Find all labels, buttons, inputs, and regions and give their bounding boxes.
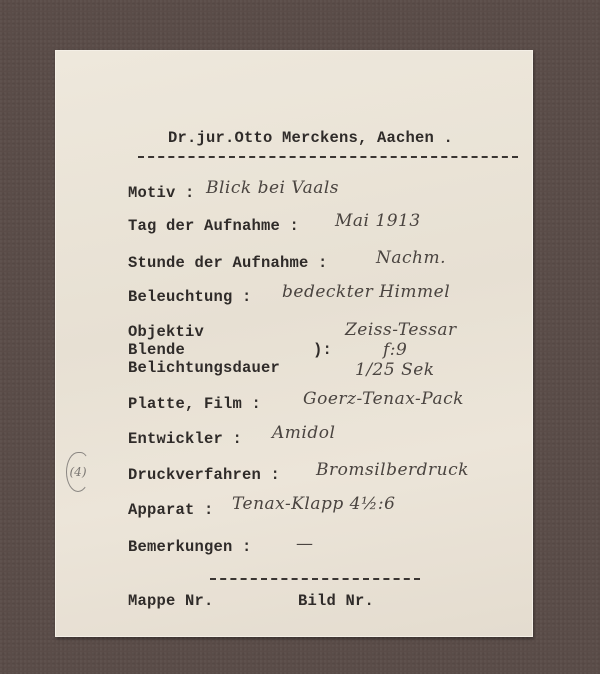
blende-value: f:9 xyxy=(383,342,407,359)
apparat-value: Tenax-Klapp 4½:6 xyxy=(232,496,395,513)
mappe-label: Mappe Nr. xyxy=(128,594,214,610)
header-divider xyxy=(138,156,518,158)
bemerkungen-value: — xyxy=(296,536,314,553)
footer-divider xyxy=(210,578,420,580)
objektiv-label: Objektiv xyxy=(128,325,204,341)
belichtung-label: Belichtungsdauer xyxy=(128,361,280,377)
entwickler-value: Amidol xyxy=(272,425,335,442)
apparat-label: Apparat : xyxy=(128,503,214,519)
bild-label: Bild Nr. xyxy=(298,594,374,610)
beleuchtung-label: Beleuchtung : xyxy=(128,290,252,306)
motiv-label: Motiv : xyxy=(128,186,195,202)
motiv-value: Blick bei Vaals xyxy=(206,180,339,197)
platte-value: Goerz-Tenax-Pack xyxy=(303,391,464,408)
beleuchtung-value: bedeckter Himmel xyxy=(282,284,450,301)
tag-label: Tag der Aufnahme : xyxy=(128,219,299,235)
stunde-label: Stunde der Aufnahme : xyxy=(128,256,328,272)
objektiv-value: Zeiss-Tessar xyxy=(345,322,457,339)
margin-mark: (4) xyxy=(66,452,90,492)
belichtung-value: 1/25 Sek xyxy=(355,362,435,379)
bracket: ): xyxy=(313,343,332,359)
card-header: Dr.jur.Otto Merckens, Aachen . xyxy=(168,131,453,147)
blende-label: Blende xyxy=(128,343,185,359)
bemerkungen-label: Bemerkungen : xyxy=(128,540,252,556)
druck-label: Druckverfahren : xyxy=(128,468,280,484)
entwickler-label: Entwickler : xyxy=(128,432,242,448)
druck-value: Bromsilberdruck xyxy=(316,462,469,479)
tag-value: Mai 1913 xyxy=(335,213,421,230)
stunde-value: Nachm. xyxy=(376,250,446,267)
platte-label: Platte, Film : xyxy=(128,397,261,413)
